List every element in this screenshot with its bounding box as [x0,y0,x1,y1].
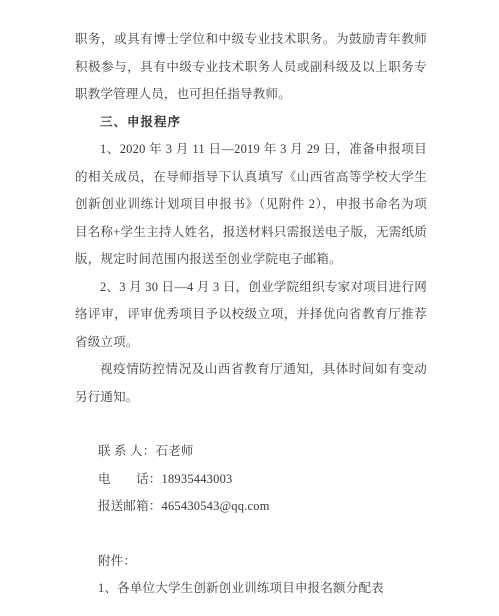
contact-person-line: 联 系 人：石老师 [98,438,427,466]
section-heading-application-procedure: 三、申报程序 [75,109,427,137]
contact-email-value: 465430543@qq.com [162,499,270,513]
contact-block: 联 系 人：石老师 电 话：18935443003 报送邮箱：465430543… [75,438,427,521]
contact-phone-line: 电 话：18935443003 [98,466,427,494]
contact-phone-label: 电 话： [98,472,162,486]
epidemic-notice-paragraph: 视疫情防控情况及山西省教育厅通知，具体时间如有变动另行通知。 [75,356,427,411]
document-page: 职务，或具有博士学位和中级专业技术职务。为鼓励青年教师积极参与，具有中级专业技术… [0,0,499,616]
body-paragraph-continued: 职务，或具有博士学位和中级专业技术职务。为鼓励青年教师积极参与，具有中级专业技术… [75,26,427,109]
contact-email-line: 报送邮箱：465430543@qq.com [98,493,427,521]
attachment-block: 附件： 1、各单位大学生创新创业训练项目申报名额分配表 [75,548,427,603]
contact-email-label: 报送邮箱： [98,499,162,513]
contact-person-value: 石老师 [155,444,193,458]
procedure-step-1: 1、2020 年 3 月 11 日—2019 年 3 月 29 日，准备申报项目… [75,136,427,274]
attachment-heading: 附件： [98,548,427,576]
contact-person-label: 联 系 人： [98,444,155,458]
procedure-step-2: 2、3 月 30 日—4 月 3 日，创业学院组织专家对项目进行网络评审，评审优… [75,274,427,357]
attachment-item-1: 1、各单位大学生创新创业训练项目申报名额分配表 [98,575,427,603]
contact-phone-value: 18935443003 [162,472,233,486]
document-text-block: 职务，或具有博士学位和中级专业技术职务。为鼓励青年教师积极参与，具有中级专业技术… [75,26,427,603]
